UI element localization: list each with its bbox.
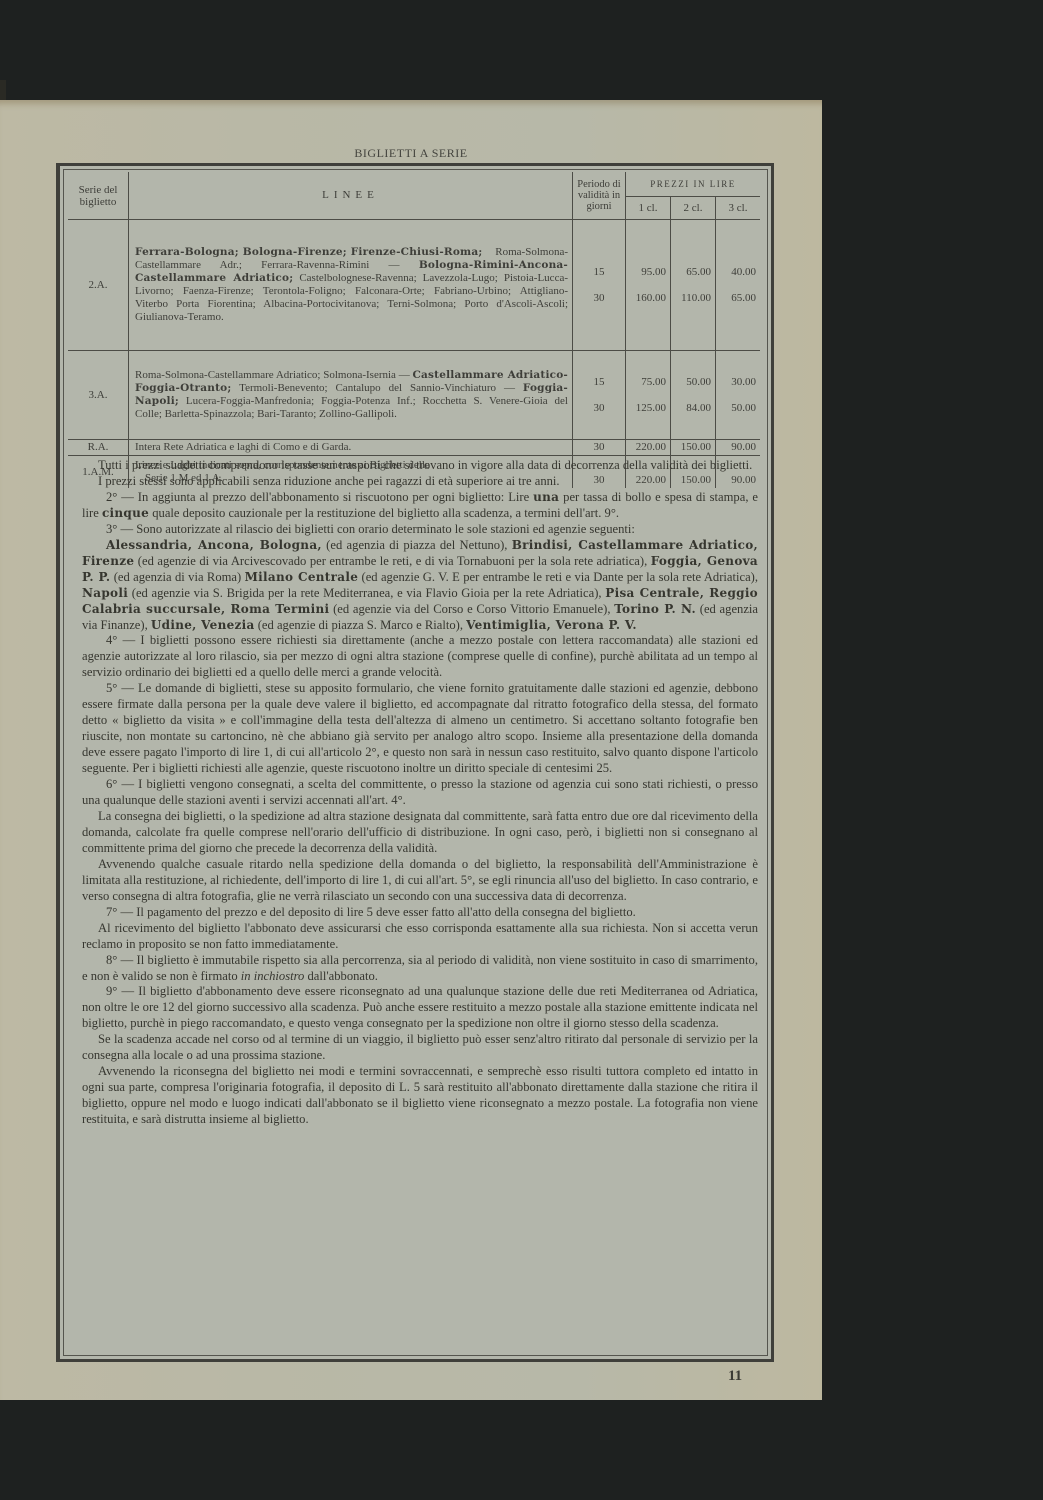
bold-run: cinque: [102, 506, 149, 520]
text-run: (ed agenzia di via Roma): [110, 570, 244, 584]
book-page: BIGLIETTI A SERIE Serie del biglietto LI…: [0, 100, 822, 1400]
validity-days: 15 30: [573, 220, 626, 351]
price-value: 125.00: [627, 395, 666, 421]
paragraph-art-4: 4° — I biglietti possono essere richiest…: [82, 633, 758, 681]
ticket-price-table: Serie del biglietto LINEE Periodo di val…: [68, 172, 760, 488]
paragraph: La consegna dei biglietti, o la spedizio…: [82, 809, 758, 857]
price-value: 50.00: [717, 395, 756, 421]
text-run: 8° — Il biglietto è immutabile rispetto …: [82, 953, 758, 983]
header-periodo: Periodo di validità in giorni: [573, 172, 626, 220]
validity-days: 15 30: [573, 351, 626, 440]
station-name: Torino P. N.: [614, 602, 696, 616]
station-name: Milano Centrale: [245, 570, 359, 584]
regulations-text: Tutti i prezzi suddetti comprendono le t…: [82, 458, 758, 1128]
paragraph: I prezzi stessi sono applicabili senza r…: [82, 474, 758, 490]
price-class-1: 95.00 160.00: [626, 220, 671, 351]
station-name: Napoli: [82, 586, 128, 600]
price-value: 110.00: [672, 285, 711, 311]
price-class-3: 40.00 65.00: [716, 220, 761, 351]
validity-15: 15: [574, 259, 624, 285]
station-name: Udine, Venezia: [151, 618, 255, 632]
price-value: 160.00: [627, 285, 666, 311]
price-value: 30.00: [717, 369, 756, 395]
lines-cell: Ferrara-Bologna; Bologna-Firenze; Firenz…: [129, 220, 573, 351]
paragraph-art-5: 5° — Le domande di biglietti, stese su a…: [82, 681, 758, 777]
table-row: R.A. Intera Rete Adriatica e laghi di Co…: [68, 440, 760, 456]
price-value: 84.00: [672, 395, 711, 421]
price-class-2: 150.00: [671, 440, 716, 456]
price-value: 65.00: [717, 285, 756, 311]
header-serie: Serie del biglietto: [68, 172, 129, 220]
lines-cell: Intera Rete Adriatica e laghi di Como e …: [129, 440, 573, 456]
paragraph-art-8: 8° — Il biglietto è immutabile rispetto …: [82, 953, 758, 985]
paragraph: Avvenendo la riconsegna del biglietto ne…: [82, 1064, 758, 1128]
paragraph-art-2: 2° — In aggiunta al prezzo dell'abboname…: [82, 490, 758, 522]
paragraph-art-3: 3° — Sono autorizzate al rilascio dei bi…: [82, 522, 758, 538]
text-run: 2° — In aggiunta al prezzo dell'abboname…: [106, 490, 533, 504]
page-frame: Serie del biglietto LINEE Periodo di val…: [56, 163, 774, 1362]
price-value: 75.00: [627, 369, 666, 395]
text-run: (ed agenzie G. V. E per entrambe le reti…: [358, 570, 758, 584]
serie-code: 3.A.: [68, 351, 129, 440]
paragraph: Se la scadenza accade nel corso od al te…: [82, 1032, 758, 1064]
header-prezzi: PREZZI IN LIRE: [626, 172, 761, 197]
lines-text: Roma-Solmona-Castellammare Adriatico; So…: [135, 369, 412, 381]
validity-30: 30: [574, 395, 624, 421]
table-row: 2.A. Ferrara-Bologna; Bologna-Firenze; F…: [68, 220, 760, 351]
table-row: 3.A. Roma-Solmona-Castellammare Adriatic…: [68, 351, 760, 440]
stations-list: Alessandria, Ancona, Bologna, (ed agenzi…: [82, 538, 758, 634]
price-class-2: 65.00 110.00: [671, 220, 716, 351]
text-run: quale deposito cauzionale per la restitu…: [149, 506, 619, 520]
paragraph: Tutti i prezzi suddetti comprendono le t…: [82, 458, 758, 474]
text-run: dall'abbonato.: [304, 969, 378, 983]
price-value: 40.00: [717, 259, 756, 285]
price-value: 65.00: [672, 259, 711, 285]
page-number: 11: [728, 1368, 742, 1385]
price-class-3: 90.00: [716, 440, 761, 456]
text-run: (ed agenzia di piazza del Nettuno),: [322, 538, 512, 552]
validity-15: 15: [574, 369, 624, 395]
price-class-1: 220.00: [626, 440, 671, 456]
paragraph-art-6: 6° — I biglietti vengono consegnati, a s…: [82, 777, 758, 809]
italic-run: in inchiostro: [241, 969, 305, 983]
price-class-1: 75.00 125.00: [626, 351, 671, 440]
text-run: (ed agenzie di piazza S. Marco e Rialto)…: [255, 618, 467, 632]
text-run: (ed agenzie via del Corso e Corso Vittor…: [329, 602, 614, 616]
serie-code: 2.A.: [68, 220, 129, 351]
station-name: Ventimiglia, Verona P. V.: [466, 618, 637, 632]
price-value: 50.00: [672, 369, 711, 395]
header-class-3: 3 cl.: [716, 197, 761, 220]
validity-30: 30: [574, 285, 624, 311]
serie-code: R.A.: [68, 440, 129, 456]
paragraph-art-9: 9° — Il biglietto d'abbonamento deve ess…: [82, 984, 758, 1032]
lines-cell: Roma-Solmona-Castellammare Adriatico; So…: [129, 351, 573, 440]
price-value: 95.00: [627, 259, 666, 285]
lines-text: Termoli-Benevento; Cantalupo del Sannio-…: [231, 382, 522, 394]
paragraph: Al ricevimento del biglietto l'abbonato …: [82, 921, 758, 953]
bold-run: una: [533, 490, 559, 504]
lines-bold: Ferrara-Bologna; Bologna-Firenze; Firenz…: [135, 246, 482, 258]
paragraph-art-7: 7° — Il pagamento del prezzo e del depos…: [82, 905, 758, 921]
header-class-1: 1 cl.: [626, 197, 671, 220]
header-linee: LINEE: [129, 172, 573, 220]
validity-days: 30: [573, 440, 626, 456]
paragraph: Avvenendo qualche casuale ritardo nella …: [82, 857, 758, 905]
text-run: (ed agenzie via S. Brigida per la rete M…: [128, 586, 605, 600]
text-run: (ed agenzie di via Arcivescovado per ent…: [134, 554, 650, 568]
station-name: Alessandria, Ancona, Bologna,: [106, 538, 322, 552]
header-class-2: 2 cl.: [671, 197, 716, 220]
price-class-2: 50.00 84.00: [671, 351, 716, 440]
lines-text: Lucera-Foggia-Manfredonia; Foggia-Potenz…: [135, 395, 568, 420]
price-class-3: 30.00 50.00: [716, 351, 761, 440]
running-head: BIGLIETTI A SERIE: [0, 146, 822, 161]
